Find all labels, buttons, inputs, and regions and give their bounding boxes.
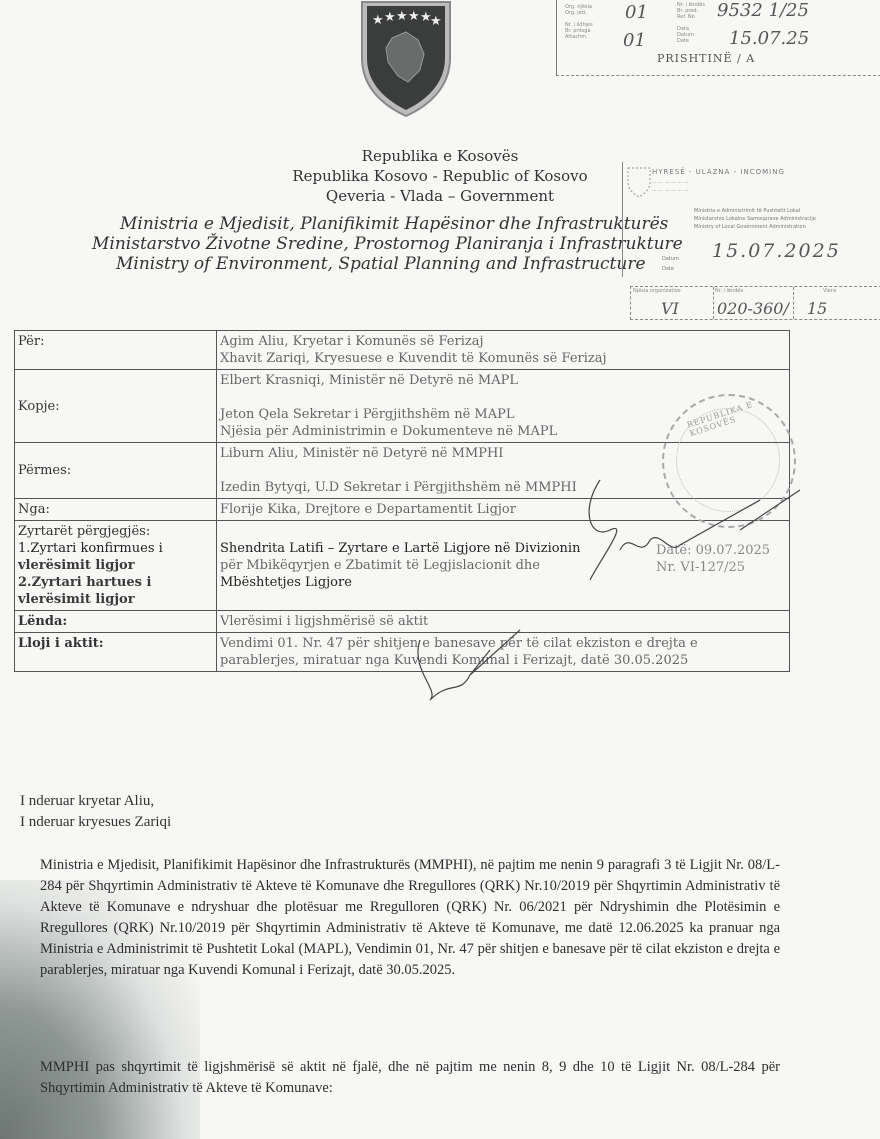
registry-cell-1-value: VI: [661, 299, 679, 318]
registry-cell-3-label: Vlera: [793, 287, 879, 295]
row-key: Zyrtarët përgjegjës: 1.Zyrtari konfirmue…: [15, 521, 217, 611]
stamp-handwritten-unit: 01: [625, 2, 648, 23]
registry-line-c: Ministry of Local Government Administrat…: [694, 224, 806, 230]
ministry-name-sq: Ministria e Mjedisit, Planifikimit Hapës…: [120, 214, 668, 234]
official-2-label: 2.Zyrtari hartues i: [18, 574, 213, 591]
signature-icon: [560, 470, 820, 590]
kosovo-coat-of-arms-icon: ★★★ ★★★: [358, 0, 454, 118]
signature-icon: [400, 620, 530, 710]
row-key: Nga:: [15, 499, 217, 521]
greeting-line-2: I nderuar kryesues Zariqi: [20, 814, 171, 831]
copy-1: Elbert Krasniqi, Ministër në Detyrë në M…: [220, 372, 786, 389]
registry-cell-3-value: 15: [807, 299, 827, 318]
svg-text:★: ★: [408, 9, 420, 24]
official-1-label: 1.Zyrtari konfirmues i: [18, 540, 213, 557]
registry-date-label-2: Date: [662, 266, 674, 272]
recipient-1: Agim Aliu, Kryetar i Komunës së Ferizaj: [220, 333, 786, 350]
registry-stamp: HYRESË - ULAZNA - INCOMING ··· ··· ··· ·…: [622, 162, 880, 277]
row-key: Lënda:: [15, 611, 217, 633]
svg-text:★: ★: [384, 10, 396, 25]
stamp-city: PRISHTINË / A: [657, 52, 755, 65]
registry-cells: Njësia organizative VI Nr. i lëndës 020-…: [630, 286, 880, 320]
stamp-emblem-icon: [626, 166, 652, 198]
stamp-handwritten-number: 9532 1/25: [717, 0, 809, 21]
registry-cell-2-label: Nr. i lëndës: [713, 287, 793, 295]
stamp-handwritten-date: 15.07.25: [729, 28, 809, 49]
recipient-2: Xhavit Zariqi, Kryesuese e Kuvendit të K…: [220, 350, 786, 367]
ministry-name-sr: Ministarstvo Životne Sredine, Prostornog…: [92, 234, 683, 254]
ministry-name-en: Ministry of Environment, Spatial Plannin…: [116, 254, 646, 274]
paragraph-1: Ministria e Mjedisit, Planifikimit Hapës…: [40, 855, 780, 981]
row-key: Përmes:: [15, 443, 217, 499]
row-key: Për:: [15, 331, 217, 370]
svg-text:★: ★: [430, 14, 442, 29]
paragraph-2: MMPHI pas shqyrtimit të ligjshmërisë së …: [40, 1057, 780, 1099]
greeting-line-1: I nderuar kryetar Aliu,: [20, 793, 154, 810]
registry-line-b: Ministarstvo Lokalne Samouprave Administ…: [694, 216, 816, 222]
registry-date: 15.07.2025: [712, 240, 841, 262]
svg-text:★: ★: [372, 13, 384, 28]
row-key: Kopje:: [15, 370, 217, 443]
registry-cell-1-label: Njësia organizative: [631, 287, 713, 295]
svg-text:★: ★: [396, 9, 408, 24]
registry-date-label: Datum: [662, 256, 679, 262]
official-1-label-cont: vlerësimit ligjor: [18, 557, 213, 574]
row-key: Lloji i aktit:: [15, 633, 217, 672]
registry-cell-2-value: 020-360/: [717, 299, 789, 318]
incoming-stamp-top: Org. njësiaOrg. jed.Nr. i lidhjesBr. pri…: [556, 0, 880, 76]
official-2-label-cont: vlerësimit ligjor: [18, 591, 213, 608]
officials-label: Zyrtarët përgjegjës:: [18, 523, 213, 540]
table-row-per: Për: Agim Aliu, Kryetar i Komunës së Fer…: [15, 331, 790, 370]
row-value: Agim Aliu, Kryetar i Komunës së Ferizaj …: [217, 331, 790, 370]
registry-title: HYRESË - ULAZNA - INCOMING: [652, 168, 785, 176]
registry-line-a: Ministria e Administrimit të Pushtetit L…: [694, 208, 800, 214]
stamp-handwritten-attachments: 01: [623, 30, 646, 51]
